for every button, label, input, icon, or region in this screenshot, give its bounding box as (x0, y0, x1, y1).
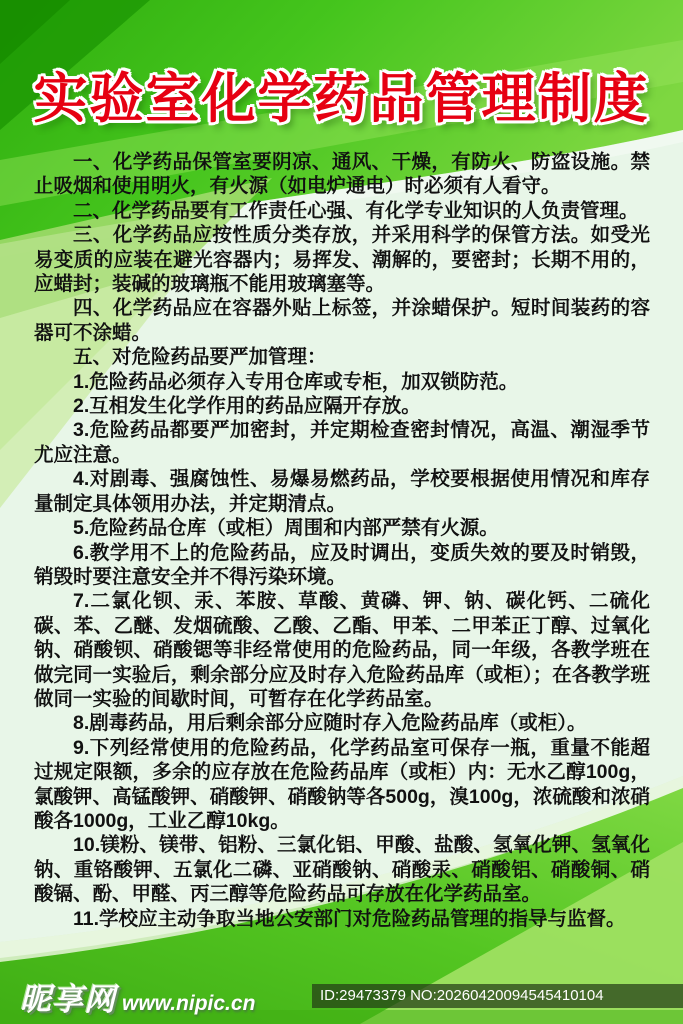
image-id-text: ID:29473379 NO:20260420094545410104 (320, 987, 604, 1004)
image-id-bar: ID:29473379 NO:20260420094545410104 (312, 984, 683, 1008)
regulation-item-2: 2.互相发生化学作用的药品应隔开存放。 (34, 394, 650, 418)
regulation-paragraph-2: 二、化学药品要有工作责任心强、有化学专业知识的人负责管理。 (34, 199, 650, 223)
regulation-item-10: 10.镁粉、镁带、铝粉、三氯化铝、甲酸、盐酸、氢氧化钾、氢氧化钠、重铬酸钾、五氯… (34, 833, 650, 906)
regulation-item-7: 7.二氯化钡、汞、苯胺、草酸、黄磷、钾、钠、碳化钙、二硫化碳、苯、乙醚、发烟硫酸… (34, 589, 650, 711)
regulation-paragraph-1: 一、化学药品保管室要阴凉、通风、干燥，有防火、防盗设施。禁止吸烟和使用明火，有火… (34, 150, 650, 199)
regulation-paragraph-3: 三、化学药品应按性质分类存放，并采用科学的保管方法。如受光易变质的应装在避光容器… (34, 223, 650, 296)
regulation-item-1: 1.危险药品必须存入专用仓库或专柜，加双锁防范。 (34, 370, 650, 394)
regulation-item-5: 5.危险药品仓库（或柜）周围和内部严禁有火源。 (34, 516, 650, 540)
regulation-item-11: 11.学校应主动争取当地公安部门对危险药品管理的指导与监督。 (34, 907, 650, 931)
regulation-item-4: 4.对剧毒、强腐蚀性、易爆易燃药品，学校要根据使用情况和库存量制定具体领用办法，… (34, 467, 650, 516)
regulation-paragraph-4: 四、化学药品应在容器外贴上标签，并涂蜡保护。短时间装药的容器可不涂蜡。 (34, 296, 650, 345)
regulation-item-6: 6.教学用不上的危险药品，应及时调出，变质失效的要及时销毁，销毁时要注意安全并不… (34, 541, 650, 590)
regulations-text: 一、化学药品保管室要阴凉、通风、干燥，有防火、防盗设施。禁止吸烟和使用明火，有火… (34, 150, 650, 931)
regulation-item-9: 9.下列经常使用的危险药品，化学药品室可保存一瓶，重量不能超过规定限额，多余的应… (34, 736, 650, 834)
poster-root: 实验室化学药品管理制度 一、化学药品保管室要阴凉、通风、干燥，有防火、防盗设施。… (0, 0, 683, 1024)
poster-title: 实验室化学药品管理制度 (0, 56, 683, 133)
regulation-item-3: 3.危险药品都要严加密封，并定期检查密封情况，高温、潮湿季节尤应注意。 (34, 418, 650, 467)
watermark: 昵享网www.nipic.cn (20, 974, 255, 1019)
regulation-item-8: 8.剧毒药品，用后剩余部分应随时存入危险药品库（或柜）。 (34, 711, 650, 735)
nipic-url: www.nipic.cn (122, 992, 255, 1015)
nipic-logo: 昵享网 (20, 982, 116, 1017)
regulation-paragraph-5: 五、对危险药品要严加管理： (34, 345, 650, 369)
